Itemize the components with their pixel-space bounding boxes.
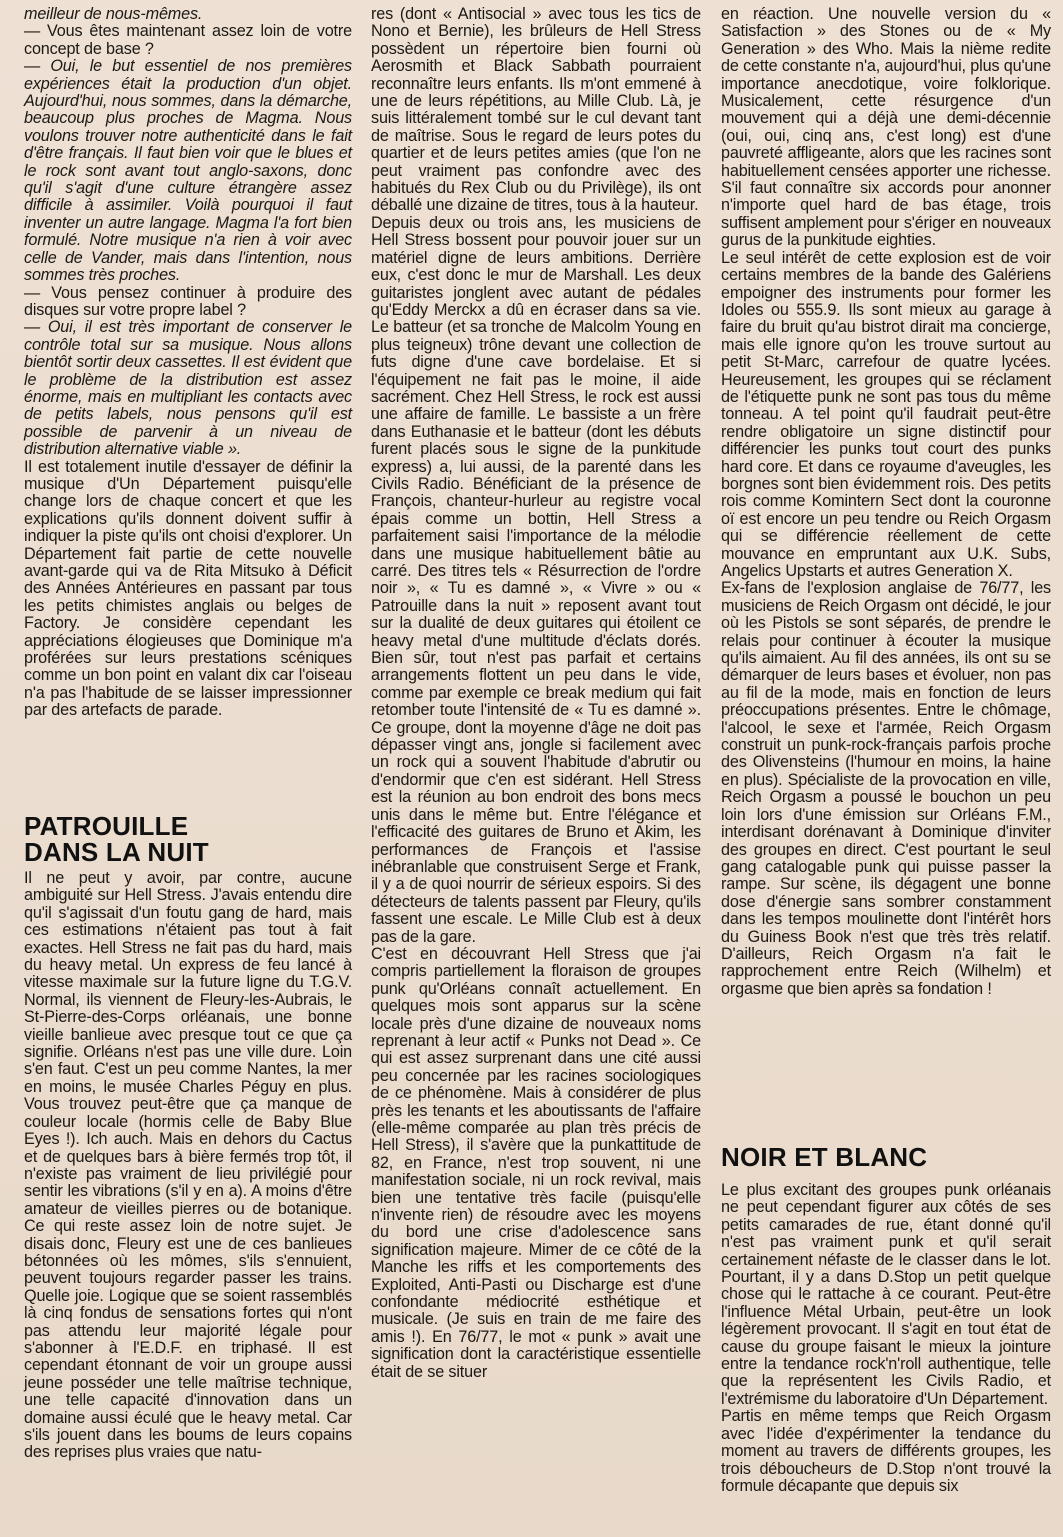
interview-question: — Vous êtes maintenant assez loin de vot… bbox=[24, 23, 352, 58]
column-1-bottom: Il ne peut y avoir, par contre, aucune a… bbox=[24, 870, 352, 1462]
paragraph: Il ne peut y avoir, par contre, aucune a… bbox=[24, 870, 352, 1462]
paragraph: C'est en découvrant Hell Stress que j'ai… bbox=[371, 946, 701, 1381]
heading-line: DANS LA NUIT bbox=[24, 839, 209, 865]
section-heading-noir-et-blanc: NOIR ET BLANC bbox=[721, 1144, 927, 1170]
column-3-bottom: Le plus excitant des groupes punk orléan… bbox=[721, 1182, 1051, 1495]
paragraph: Le plus excitant des groupes punk orléan… bbox=[721, 1182, 1051, 1408]
paragraph: Le seul intérêt de cette explosion est d… bbox=[721, 250, 1051, 581]
column-2: res (dont « Antisocial » avec tous les t… bbox=[371, 6, 701, 1381]
paragraph: en réaction. Une nouvelle version du « S… bbox=[721, 6, 1051, 250]
paragraph: Ex-fans de l'explosion anglaise de 76/77… bbox=[721, 580, 1051, 998]
paragraph: Il est totalement inutile d'essayer de d… bbox=[24, 459, 352, 720]
interview-question: — Vous pensez continuer à produire des d… bbox=[24, 285, 352, 320]
paragraph: meilleur de nous-mêmes. bbox=[24, 6, 352, 23]
heading-line: PATROUILLE bbox=[24, 813, 209, 839]
interview-answer: — Oui, le but essentiel de nos premières… bbox=[24, 58, 352, 284]
interview-answer: — Oui, il est très important de conserve… bbox=[24, 319, 352, 458]
paragraph: Depuis deux ou trois ans, les musiciens … bbox=[371, 215, 701, 946]
magazine-page: meilleur de nous-mêmes. — Vous êtes main… bbox=[0, 0, 1063, 1537]
section-heading-patrouille: PATROUILLE DANS LA NUIT bbox=[24, 813, 209, 865]
column-1-top: meilleur de nous-mêmes. — Vous êtes main… bbox=[24, 6, 352, 720]
column-3-top: en réaction. Une nouvelle version du « S… bbox=[721, 6, 1051, 998]
paragraph: Partis en même temps que Reich Orgasm av… bbox=[721, 1408, 1051, 1495]
paragraph: res (dont « Antisocial » avec tous les t… bbox=[371, 6, 701, 215]
